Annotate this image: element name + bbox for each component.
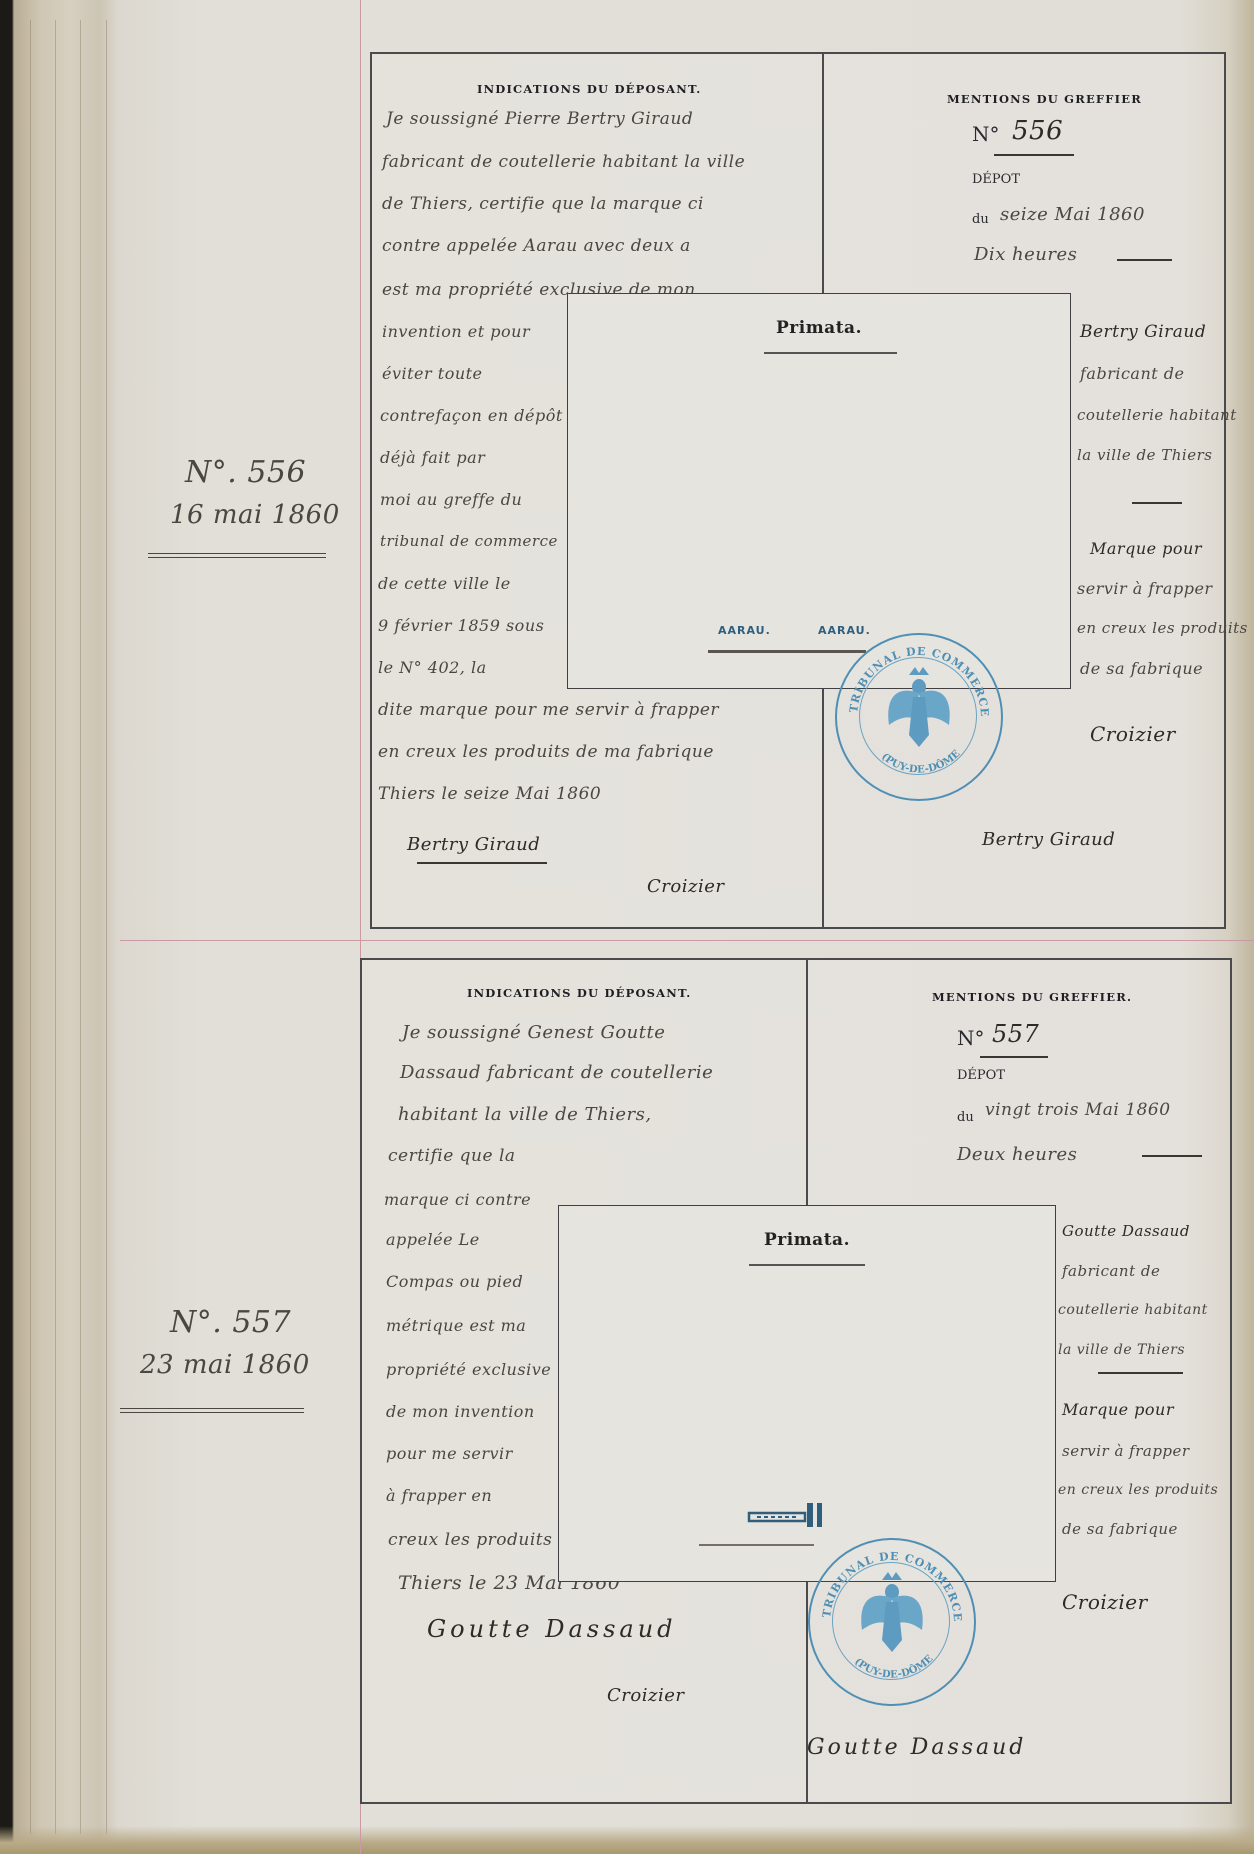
entry-separator-rule xyxy=(120,940,1254,941)
deposant-line: déjà fait par xyxy=(380,448,485,467)
deposant-line: de cette ville le xyxy=(378,574,511,593)
greffier-side-line: fabricant de xyxy=(1062,1262,1160,1280)
section-rule xyxy=(1098,1372,1183,1374)
time-rule xyxy=(1117,259,1172,261)
mark-specimen-box-557: Primata. xyxy=(558,1205,1056,1582)
primata-underline xyxy=(749,1264,865,1266)
time-rule xyxy=(1142,1155,1202,1157)
margin-entry-rule xyxy=(148,553,326,558)
deposant-line: appelée Le xyxy=(386,1230,480,1249)
deposant-line: habitant la ville de Thiers, xyxy=(398,1104,652,1125)
marque-line: servir à frapper xyxy=(1062,1442,1190,1460)
deposant-line: moi au greffe du xyxy=(380,490,522,509)
page-edge-line xyxy=(106,20,107,1834)
greffier-heading: MENTIONS DU GREFFIER xyxy=(947,92,1142,106)
tribunal-seal: TRIBUNAL DE COMMERCE DE THIERS (PUY-DE-D… xyxy=(808,1538,976,1706)
page-edge-line xyxy=(80,20,81,1834)
deposant-line: de Thiers, certifie que la marque ci xyxy=(382,194,704,214)
deposant-line: dite marque pour me servir à frapper xyxy=(378,700,719,720)
marque-line: servir à frapper xyxy=(1077,579,1213,598)
deposit-date: vingt trois Mai 1860 xyxy=(985,1100,1171,1120)
column-divider xyxy=(806,960,808,1205)
deposant-line: Compas ou pied xyxy=(386,1272,523,1291)
greffier-depositor-signature: Goutte Dassaud xyxy=(807,1735,1026,1760)
deposit-time: Dix heures xyxy=(974,244,1077,265)
deposant-line: le N° 402, la xyxy=(378,658,487,677)
deposant-line: 9 février 1859 sous xyxy=(378,616,544,635)
du-label: du xyxy=(957,1110,974,1125)
trademark-impression: AARAU. xyxy=(718,624,771,637)
greffier-side-line: fabricant de xyxy=(1080,364,1185,383)
page-edge-line xyxy=(30,20,31,1834)
deposant-line: contre appelée Aarau avec deux a xyxy=(382,236,691,256)
column-divider xyxy=(822,684,824,927)
deposant-line: certifie que la xyxy=(388,1146,516,1166)
primata-underline xyxy=(764,352,897,354)
clerk-signature: Croizier xyxy=(607,1685,684,1706)
deposit-number: 557 xyxy=(992,1020,1039,1048)
deposant-line: métrique est ma xyxy=(386,1316,526,1335)
depositor-signature: Bertry Giraud xyxy=(407,834,540,855)
greffier-depositor-name: Goutte Dassaud xyxy=(1062,1222,1190,1240)
mark-specimen-box-556: Primata. AARAU. AARAU. xyxy=(567,293,1071,689)
deposant-line: pour me servir xyxy=(386,1444,513,1463)
deposant-heading: INDICATIONS DU DÉPOSANT. xyxy=(467,986,692,1000)
depot-label: DÉPOT xyxy=(972,172,1020,187)
section-rule xyxy=(1132,502,1182,504)
compass-ruler-mark-icon xyxy=(747,1501,827,1531)
clerk-signature: Croizier xyxy=(647,876,724,897)
margin-entry-number: N°. 557 xyxy=(170,1305,291,1340)
marque-line: en creux les produits xyxy=(1058,1482,1218,1498)
deposit-time: Deux heures xyxy=(957,1144,1077,1165)
margin-entry-date: 23 mai 1860 xyxy=(140,1350,310,1380)
signature-underline xyxy=(417,862,547,864)
greffier-clerk-signature: Croizier xyxy=(1090,722,1176,746)
primata-title: Primata. xyxy=(559,1230,1055,1250)
deposant-line: marque ci contre xyxy=(384,1190,531,1209)
deposant-line: éviter toute xyxy=(382,364,483,383)
column-divider xyxy=(822,54,824,294)
marque-line: de sa fabrique xyxy=(1062,1520,1178,1538)
margin-entry-rule xyxy=(120,1408,304,1413)
greffier-clerk-signature: Croizier xyxy=(1062,1590,1148,1614)
deposant-line: Je soussigné Genest Goutte xyxy=(402,1022,665,1043)
greffier-depositor-signature: Bertry Giraud xyxy=(982,829,1115,850)
greffier-side-line: coutellerie habitant xyxy=(1058,1302,1208,1318)
greffier-side-line: coutellerie habitant xyxy=(1077,406,1237,424)
deposant-line: à frapper en xyxy=(386,1486,492,1505)
deposant-line: invention et pour xyxy=(382,322,530,341)
deposit-date: seize Mai 1860 xyxy=(1000,204,1145,225)
tribunal-seal: TRIBUNAL DE COMMERCE DE THIERS (PUY-DE-D… xyxy=(835,633,1003,801)
number-label: N° xyxy=(972,122,1000,146)
mark-underline xyxy=(699,1544,814,1546)
deposant-line: contrefaçon en dépôt xyxy=(380,406,563,425)
eagle-emblem-icon: TRIBUNAL DE COMMERCE DE THIERS (PUY-DE-D… xyxy=(837,635,1001,799)
deposant-heading: INDICATIONS DU DÉPOSANT. xyxy=(477,82,702,96)
deposant-line: en creux les produits de ma fabrique xyxy=(378,742,714,762)
number-label: N° xyxy=(957,1026,985,1050)
number-underline xyxy=(994,154,1074,156)
marque-line: en creux les produits xyxy=(1077,619,1248,637)
deposant-line: propriété exclusive xyxy=(386,1360,551,1379)
primata-title: Primata. xyxy=(568,318,1070,338)
depot-label: DÉPOT xyxy=(957,1068,1005,1083)
deposant-line: tribunal de commerce xyxy=(380,532,558,550)
deposant-line: de mon invention xyxy=(386,1402,535,1421)
margin-entry-date: 16 mai 1860 xyxy=(170,500,340,530)
deposant-line: Thiers le seize Mai 1860 xyxy=(378,784,601,804)
deposant-line: Dassaud fabricant de coutellerie xyxy=(400,1062,713,1083)
eagle-emblem-icon: TRIBUNAL DE COMMERCE DE THIERS (PUY-DE-D… xyxy=(810,1540,974,1704)
greffier-depositor-name: Bertry Giraud xyxy=(1080,322,1206,342)
greffier-side-line: la ville de Thiers xyxy=(1058,1342,1185,1358)
deposit-number: 556 xyxy=(1012,116,1063,146)
greffier-side-line: la ville de Thiers xyxy=(1077,446,1212,464)
deposant-line: Je soussigné Pierre Bertry Giraud xyxy=(386,109,693,129)
marque-line: Marque pour xyxy=(1062,1400,1174,1419)
du-label: du xyxy=(972,212,989,227)
greffier-heading: MENTIONS DU GREFFIER. xyxy=(932,990,1132,1004)
marque-line: de sa fabrique xyxy=(1080,659,1203,678)
depositor-signature: Goutte Dassaud xyxy=(427,1615,677,1643)
margin-entry-number: N°. 556 xyxy=(185,455,306,490)
deposant-line: fabricant de coutellerie habitant la vil… xyxy=(382,152,745,172)
marque-line: Marque pour xyxy=(1090,539,1202,558)
page-edge-line xyxy=(55,20,56,1834)
number-underline xyxy=(980,1056,1048,1058)
